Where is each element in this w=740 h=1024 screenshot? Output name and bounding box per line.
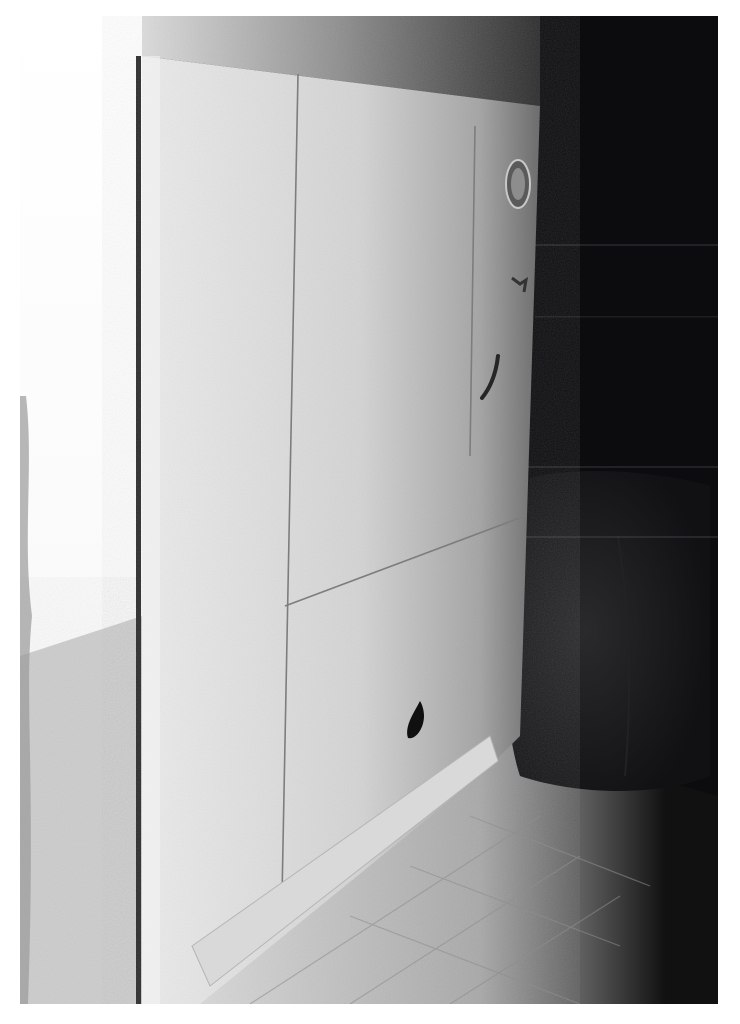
plaster-wall — [20, 616, 142, 1004]
photograph: Open wooden plank door inside a doorway,… — [20, 16, 718, 1004]
photo-scene — [20, 16, 718, 1004]
door-jamb — [136, 56, 141, 1004]
sacks — [503, 471, 710, 791]
